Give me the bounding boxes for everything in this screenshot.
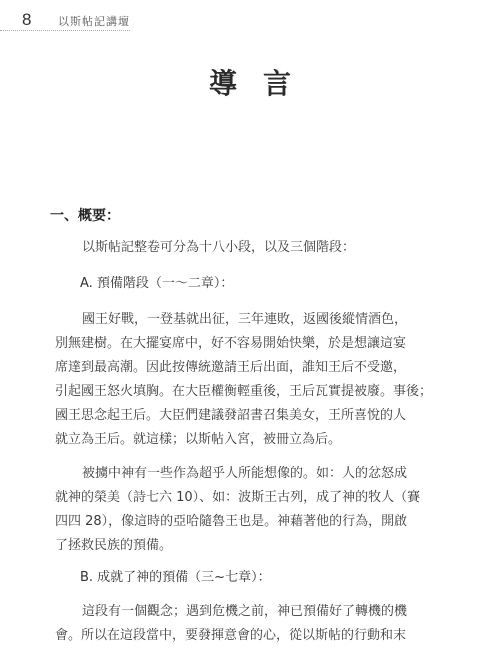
paragraph-line: 引起國王怒火填胸。在大臣權衡輕重後，王后瓦實提被廢。事後； (55, 380, 432, 399)
chapter-title: 導言 (0, 62, 500, 102)
paragraph-line: 會。所以在這段當中，要發揮意會的心，從以斯帖的行動和末 (55, 624, 406, 643)
paragraph-line: 席達到最高潮。因此按傳統邀請王后出面，誰知王后不受邀， (55, 356, 406, 375)
paragraph-line: 別無建樹。在大擺宴席中，好不容易開始快樂，於是想讓這宴 (55, 332, 406, 351)
running-title: 以斯帖記講壇 (58, 13, 130, 29)
page-header: 8 以斯帖記講壇 (0, 0, 500, 40)
header-divider (0, 30, 130, 31)
paragraph-line: 國王思念起王后。大臣們建議發詔書召集美女，王所喜悅的人 (55, 404, 406, 423)
subsection-heading-a: A. 預備階段（一～二章）： (80, 272, 233, 291)
section-intro: 以斯帖記整卷可分為十八小段，以及三個階段： (82, 236, 355, 255)
page-number: 8 (22, 10, 31, 30)
paragraph-line: 四四 28），像這時的亞哈隨魯王也是。神藉著他的行為，開啟 (55, 510, 407, 529)
paragraph-line: 了拯救民族的預備。 (55, 534, 172, 553)
paragraph-line: 就立為王后。就這樣；以斯帖入宮，被冊立為后。 (55, 428, 341, 447)
paragraph-line: 這段有一個觀念；遇到危機之前，神已預備好了轉機的機 (82, 600, 407, 619)
section-heading: 一、概要： (50, 205, 120, 225)
paragraph-line: 國王好戰，一登基就出征，三年連敗，返國後縱情酒色， (82, 308, 407, 327)
subsection-heading-b: B. 成就了神的預備（三~七章）： (80, 566, 271, 585)
paragraph-line: 就神的榮美（詩七六 10）、如：波斯王古列，成了神的牧人（賽 (55, 486, 420, 505)
paragraph-line: 被擄中神有一些作為超乎人所能想像的。如：人的忿怒成 (82, 462, 407, 481)
